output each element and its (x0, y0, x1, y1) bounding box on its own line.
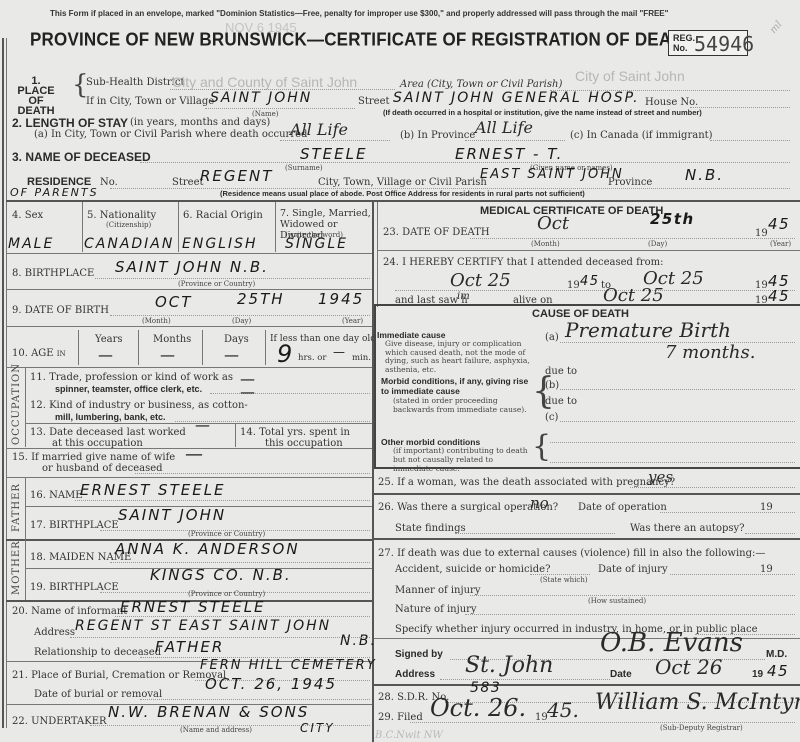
cause-b-label: (b) (545, 380, 559, 391)
residence-city-label: City, Town, Village or Civil Parish (318, 177, 487, 188)
filed-year: 45. (547, 698, 579, 722)
nationality-caption: (Citizenship) (106, 221, 151, 229)
occupation-side-label: OCCUPATION (11, 363, 22, 445)
left-border (2, 38, 4, 728)
operation-value: no (530, 494, 549, 512)
stay-city-label: (a) In City, Town or Civil Parish where … (34, 129, 307, 140)
age-years-label: Years (95, 334, 123, 345)
city-label: If in City, Town or Village (86, 96, 214, 107)
birthplace-caption: (Province or Country) (178, 280, 255, 288)
mother-side-label: MOTHER (11, 540, 22, 595)
total-years-label: 14. Total yrs. spent in (240, 427, 350, 438)
area-stamp: City of Saint John (575, 68, 685, 84)
informant-address-label: Address (34, 627, 75, 638)
death-day-caption: (Day) (648, 240, 667, 248)
area-label: Area (City, Town or Civil Parish) (400, 79, 562, 90)
trade-label: 11. Trade, profession or kind of work as (30, 372, 233, 383)
residence-handwritten: OF PARENTS (10, 186, 99, 199)
residence-street-value: REGENT (200, 167, 273, 185)
hours-label: hrs. or (298, 353, 326, 363)
alive-on-year: 45 (768, 287, 790, 305)
dob-month: Oct (155, 293, 192, 311)
industry-label-2: mill, lumbering, bank, etc. (55, 412, 166, 422)
reg-number-box: REG. No. 54946 (668, 30, 748, 56)
accident-caption: (State which) (540, 576, 588, 584)
trade-label-2: spinner, teamster, office clerk, etc. (55, 384, 202, 394)
injury-date-label: Date of injury (598, 564, 668, 575)
dob-day: 25th (237, 290, 285, 308)
age-months-label: Months (153, 334, 191, 345)
nationality-label: 5. Nationality (87, 210, 156, 221)
filed-date: Oct. 26. (430, 694, 526, 722)
spouse-label: 15. If married give name of wife (12, 452, 175, 463)
industry-value: — (240, 383, 257, 401)
stay-city-value: All Life (290, 120, 348, 139)
signed-date-value: Oct 26 (655, 655, 722, 679)
hospital-note: (If death occurred in a hospital or inst… (383, 108, 702, 117)
father-birthplace-caption: (Province or Country) (188, 530, 265, 538)
age-days-value: — (224, 346, 241, 364)
death-date-label: 23. DATE OF DEATH (383, 227, 490, 238)
informant-address-value-2: N.B. (340, 633, 377, 649)
last-saw-pronoun: im (457, 291, 470, 302)
minutes-value: — (333, 345, 347, 359)
stay-province-label: (b) In Province (400, 130, 475, 141)
death-date-month: Oct (537, 213, 569, 234)
informant-name-value: ERNEST STEELE (120, 598, 266, 616)
morbid-conditions-desc: (stated in order proceeding backwards fr… (393, 396, 533, 414)
cause-c-label: (c) (545, 412, 558, 423)
length-of-stay-note: (in years, months and days) (130, 117, 270, 128)
racial-origin-value: ENGLISH (182, 236, 258, 252)
sex-label: 4. Sex (12, 210, 43, 221)
informant-address-value: REGENT ST EAST SAINT JOHN (75, 618, 331, 634)
signed-by-label: Signed by (395, 649, 443, 660)
dob-day-caption: (Day) (232, 317, 251, 325)
signed-date-label: Date (610, 669, 632, 680)
informant-name-label: 20. Name of informant (12, 606, 127, 617)
margin-note: ml (768, 19, 785, 36)
undertaker-value-2: CITY (300, 721, 335, 735)
attended-from-date: Oct 25 (450, 270, 511, 291)
autopsy-label: Was there an autopsy? (630, 523, 745, 534)
cause-a-value: Premature Birth (565, 318, 731, 342)
length-of-stay-label: 2. LENGTH OF STAY (12, 116, 128, 130)
registrar-caption: (Sub-Deputy Registrar) (660, 724, 743, 732)
deceased-surname: STEELE (300, 145, 367, 163)
death-year-caption: (Year) (770, 240, 791, 248)
operation-date-label: Date of operation (578, 502, 667, 513)
stay-province-value: All Life (475, 118, 533, 137)
residence-street-label: Street (172, 177, 204, 188)
burial-place-value: FERN HILL CEMETERY (200, 658, 377, 673)
signer-address-label: Address (395, 669, 435, 680)
signer-address-value: St. John (465, 653, 553, 678)
signed-year-value: 45 (767, 662, 789, 680)
age-years-value: — (98, 346, 115, 364)
dob-month-caption: (Month) (142, 317, 171, 325)
accident-label: Accident, suicide or homicide? (395, 564, 550, 575)
last-worked-label: 13. Date deceased last worked (30, 427, 186, 438)
spouse-value: — (185, 444, 205, 465)
marital-status-value: SINGLE (285, 236, 348, 252)
age-days-label: Days (224, 334, 249, 345)
stay-canada-label: (c) In Canada (if immigrant) (570, 130, 713, 141)
external-causes-label: 27. If death was due to external causes … (378, 548, 765, 559)
deceased-name-label: 3. NAME OF DECEASED (12, 150, 151, 164)
medical-heading: MEDICAL CERTIFICATE OF DEATH (480, 205, 663, 217)
birthplace-label: 8. BIRTHPLACE (12, 268, 94, 279)
birthplace-value: SAINT JOHN N.B. (115, 258, 269, 276)
left-border-inner (6, 38, 7, 728)
dob-year-caption: (Year) (342, 317, 363, 325)
dob-year: 1945 (318, 290, 364, 308)
place-of-death-label: 1. PLACE OF DEATH (12, 76, 60, 116)
residence-city-value: EAST SAINT JOHN (480, 167, 624, 182)
residence-no-label: No. (100, 177, 118, 188)
cause-a-value-2: 7 months. (665, 342, 755, 363)
undertaker-caption: (Name and address) (180, 726, 252, 734)
sub-health-stamp: City and County of Saint John (172, 74, 357, 90)
racial-origin-label: 6. Racial Origin (183, 210, 263, 221)
certify-label: 24. I HEREBY CERTIFY that I attended dec… (383, 257, 663, 268)
father-birthplace-value: SAINT JOHN (118, 506, 226, 524)
reg-label: REG. No. (673, 33, 693, 53)
death-date-year: 45 (768, 215, 790, 233)
mother-birthplace-caption: (Province or Country) (188, 590, 265, 598)
manner-label: Manner of injury (395, 585, 480, 596)
manner-caption: (How sustained) (588, 597, 646, 605)
immediate-cause-desc: Give disease, injury or complication whi… (385, 340, 535, 374)
deceased-given: ERNEST - T. (455, 145, 563, 163)
pregnancy-value: yes (648, 468, 673, 486)
death-date-day: 25th (650, 210, 695, 228)
last-worked-value: — (195, 416, 212, 434)
alive-on-date: Oct 25 (603, 285, 664, 306)
mother-maiden-value: ANNA K. ANDERSON (115, 540, 300, 558)
residence-province-label: Province (608, 177, 652, 188)
mother-birthplace-value: KINGS CO. N.B. (150, 566, 292, 584)
morbid-conditions-label: Morbid conditions, if any, giving rise t… (381, 376, 531, 396)
residence-province-value: N.B. (685, 166, 724, 184)
street-label: Street (358, 96, 390, 107)
nationality-value: CANADIAN (84, 236, 174, 252)
burial-date-value: OCT. 26, 1945 (205, 675, 337, 693)
street-value: SAINT JOHN GENERAL HOSP. (393, 90, 640, 106)
hours-value: 9 (277, 340, 294, 368)
residence-note: (Residence means usual place of abode. P… (220, 189, 585, 198)
registrar-signature: William S. McIntyre (595, 690, 800, 715)
age-months-value: — (160, 346, 177, 364)
md-label: M.D. (766, 649, 787, 660)
sex-value: MALE (8, 236, 54, 252)
other-morbid-desc: (if important) contributing to death but… (393, 446, 533, 473)
dob-label: 9. DATE OF BIRTH (12, 305, 109, 316)
reg-number: 54946 (694, 32, 754, 56)
signed-year-prefix: 19 (752, 669, 763, 680)
industry-label: 12. Kind of industry or business, as cot… (30, 400, 248, 411)
father-side-label: FATHER (11, 483, 22, 532)
sub-health-label: Sub-Health District (86, 77, 184, 88)
death-month-caption: (Month) (531, 240, 560, 248)
page-title: PROVINCE OF NEW BRUNSWICK—CERTIFICATE OF… (30, 29, 693, 51)
father-name-value: ERNEST STEELE (80, 481, 226, 499)
minutes-label: min. (352, 353, 371, 363)
city-value: SAINT JOHN (210, 90, 312, 106)
surname-caption: (Surname) (285, 164, 323, 172)
death-certificate: This Form if placed in an envelope, mark… (0, 0, 800, 742)
attended-from-year: 45 (580, 274, 600, 289)
bottom-note: B.C.Nwit NW (375, 730, 443, 741)
undertaker-value: N.W. BRENAN & SONS (108, 703, 309, 721)
relationship-value: FATHER (155, 638, 224, 656)
due-to-2: due to (545, 396, 577, 407)
cause-a-label: (a) (545, 332, 559, 343)
mail-notice: This Form if placed in an envelope, mark… (50, 9, 668, 18)
signed-by-value: O.B. Evans (600, 628, 743, 658)
age-label: 10. AGE in (12, 348, 66, 359)
